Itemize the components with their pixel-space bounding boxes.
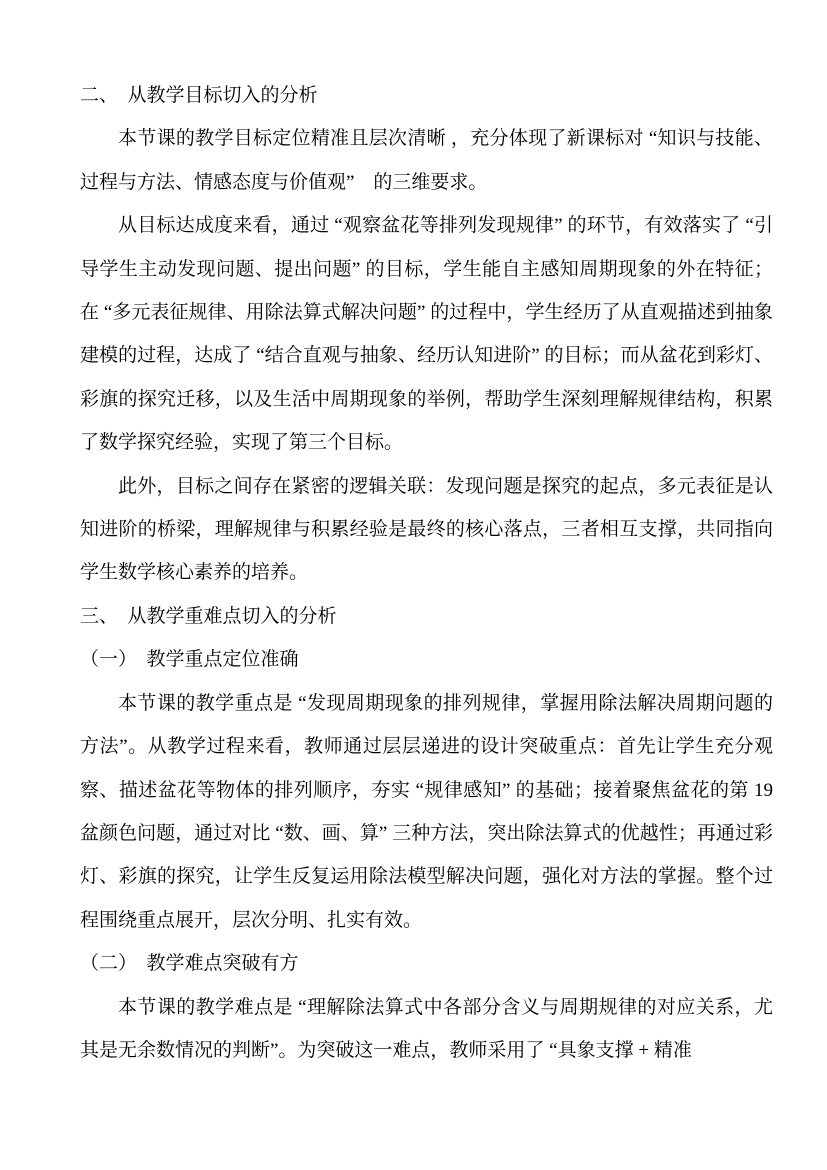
paragraph-objective-achievement: 从目标达成度来看，通过 “观察盆花等排列发现规律” 的环节，有效落实了 “引导学… xyxy=(80,204,773,464)
document-page: 二、 从教学目标切入的分析 本节课的教学目标定位精准且层次清晰 ，充分体现了新课… xyxy=(0,0,827,1170)
section-heading-key-difficult-points: 三、 从教学重难点切入的分析 xyxy=(80,595,773,638)
sub-heading-key-point-accurate: （一） 教学重点定位准确 xyxy=(80,638,773,681)
paragraph-difficult-point-analysis: 本节课的教学难点是 “理解除法算式中各部分含义与周期规律的对应关系，尤其是无余数… xyxy=(80,986,773,1073)
sub-heading-difficult-point-methods: （二） 教学难点突破有方 xyxy=(80,942,773,985)
paragraph-key-point-analysis: 本节课的教学重点是 “发现周期现象的排列规律，掌握用除法解决周期问题的方法”。从… xyxy=(80,682,773,942)
section-heading-teaching-objectives: 二、 从教学目标切入的分析 xyxy=(80,74,773,117)
paragraph-objective-positioning: 本节课的教学目标定位精准且层次清晰 ，充分体现了新课标对 “知识与技能、过程与方… xyxy=(80,117,773,204)
paragraph-objective-logic-links: 此外，目标之间存在紧密的逻辑关联：发现问题是探究的起点，多元表征是认知进阶的桥梁… xyxy=(80,465,773,595)
